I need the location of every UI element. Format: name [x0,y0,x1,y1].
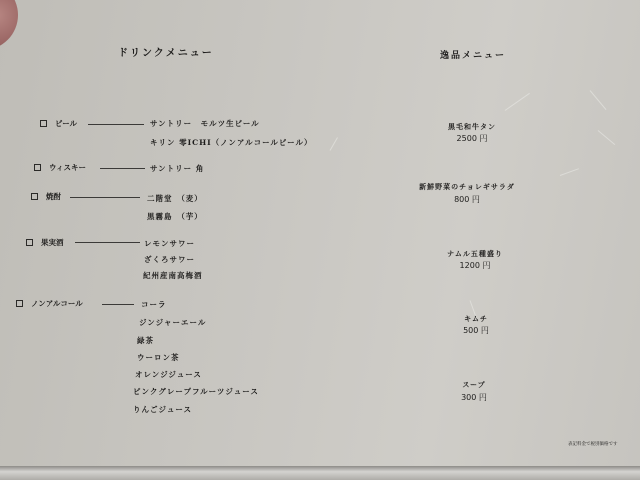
drink-item: コーラ [141,299,167,310]
drink-item: 黒霧島 （芋） [147,211,203,222]
drink-item: ウーロン茶 [137,352,180,363]
side-menu-title: 逸品メニュー [440,48,506,61]
leader-line [70,197,140,198]
drink-item: りんごジュース [133,404,192,415]
paper-fiber [590,90,607,110]
category-shochu: 焼酎 [31,191,61,202]
dish-price: 1200 円 [385,260,565,271]
dish-price: 2500 円 [382,133,562,144]
drink-item: ピンクグレープフルーツジュース [133,386,259,397]
drink-item: キリン 零ICHI（ノンアルコールビール） [150,137,312,148]
drink-menu-title: ドリンクメニュー [118,44,214,59]
drink-item: ざくろサワー [144,254,195,265]
drink-item: オレンジジュース [135,369,202,380]
paper-fiber [505,93,530,111]
paper-fiber [330,137,338,150]
category-label: ビール [55,118,77,129]
category-label: ノンアルコール [31,298,83,309]
dish-name: キムチ [386,314,566,324]
table-surface [0,466,640,480]
drink-item: 緑茶 [137,335,154,346]
dish-price: 800 円 [377,194,557,205]
leader-line [100,168,145,169]
category-non-alcohol: ノンアルコール [16,298,83,309]
drink-item: レモンサワー [144,238,195,249]
category-label: 焼酎 [46,191,61,202]
paper-fiber [598,130,615,145]
dish-name: スープ [384,380,564,390]
dish-name: 新鮮野菜のチョレギサラダ [377,182,557,192]
drink-item: サントリー 角 [150,163,204,174]
category-whisky: ウィスキー [34,162,86,173]
category-label: ウィスキー [49,162,86,173]
checkbox-icon [34,164,41,171]
checkbox-icon [31,193,38,200]
category-label: 果実酒 [41,237,64,248]
leader-line [75,242,140,243]
leader-line [88,124,144,125]
dish-name: ナムル五種盛り [385,249,565,259]
drink-item: 二階堂 （麦） [147,193,203,204]
tax-footnote: 表記料金で税別価格です [568,441,618,447]
paper-fiber [560,168,579,176]
dish-price: 500 円 [386,325,566,336]
drink-item: ジンジャーエール [139,317,206,328]
leader-line [102,304,134,305]
dish-name: 黒毛和牛タン [382,122,562,132]
checkbox-icon [40,120,47,127]
category-beer: ビール [40,118,77,129]
checkbox-icon [26,239,33,246]
dish-price: 300 円 [384,392,564,403]
drink-item: サントリー モルツ生ビール [150,118,260,129]
drink-item: 紀州産南高梅酒 [143,270,203,281]
category-fruit-liquor: 果実酒 [26,237,64,248]
checkbox-icon [16,300,23,307]
